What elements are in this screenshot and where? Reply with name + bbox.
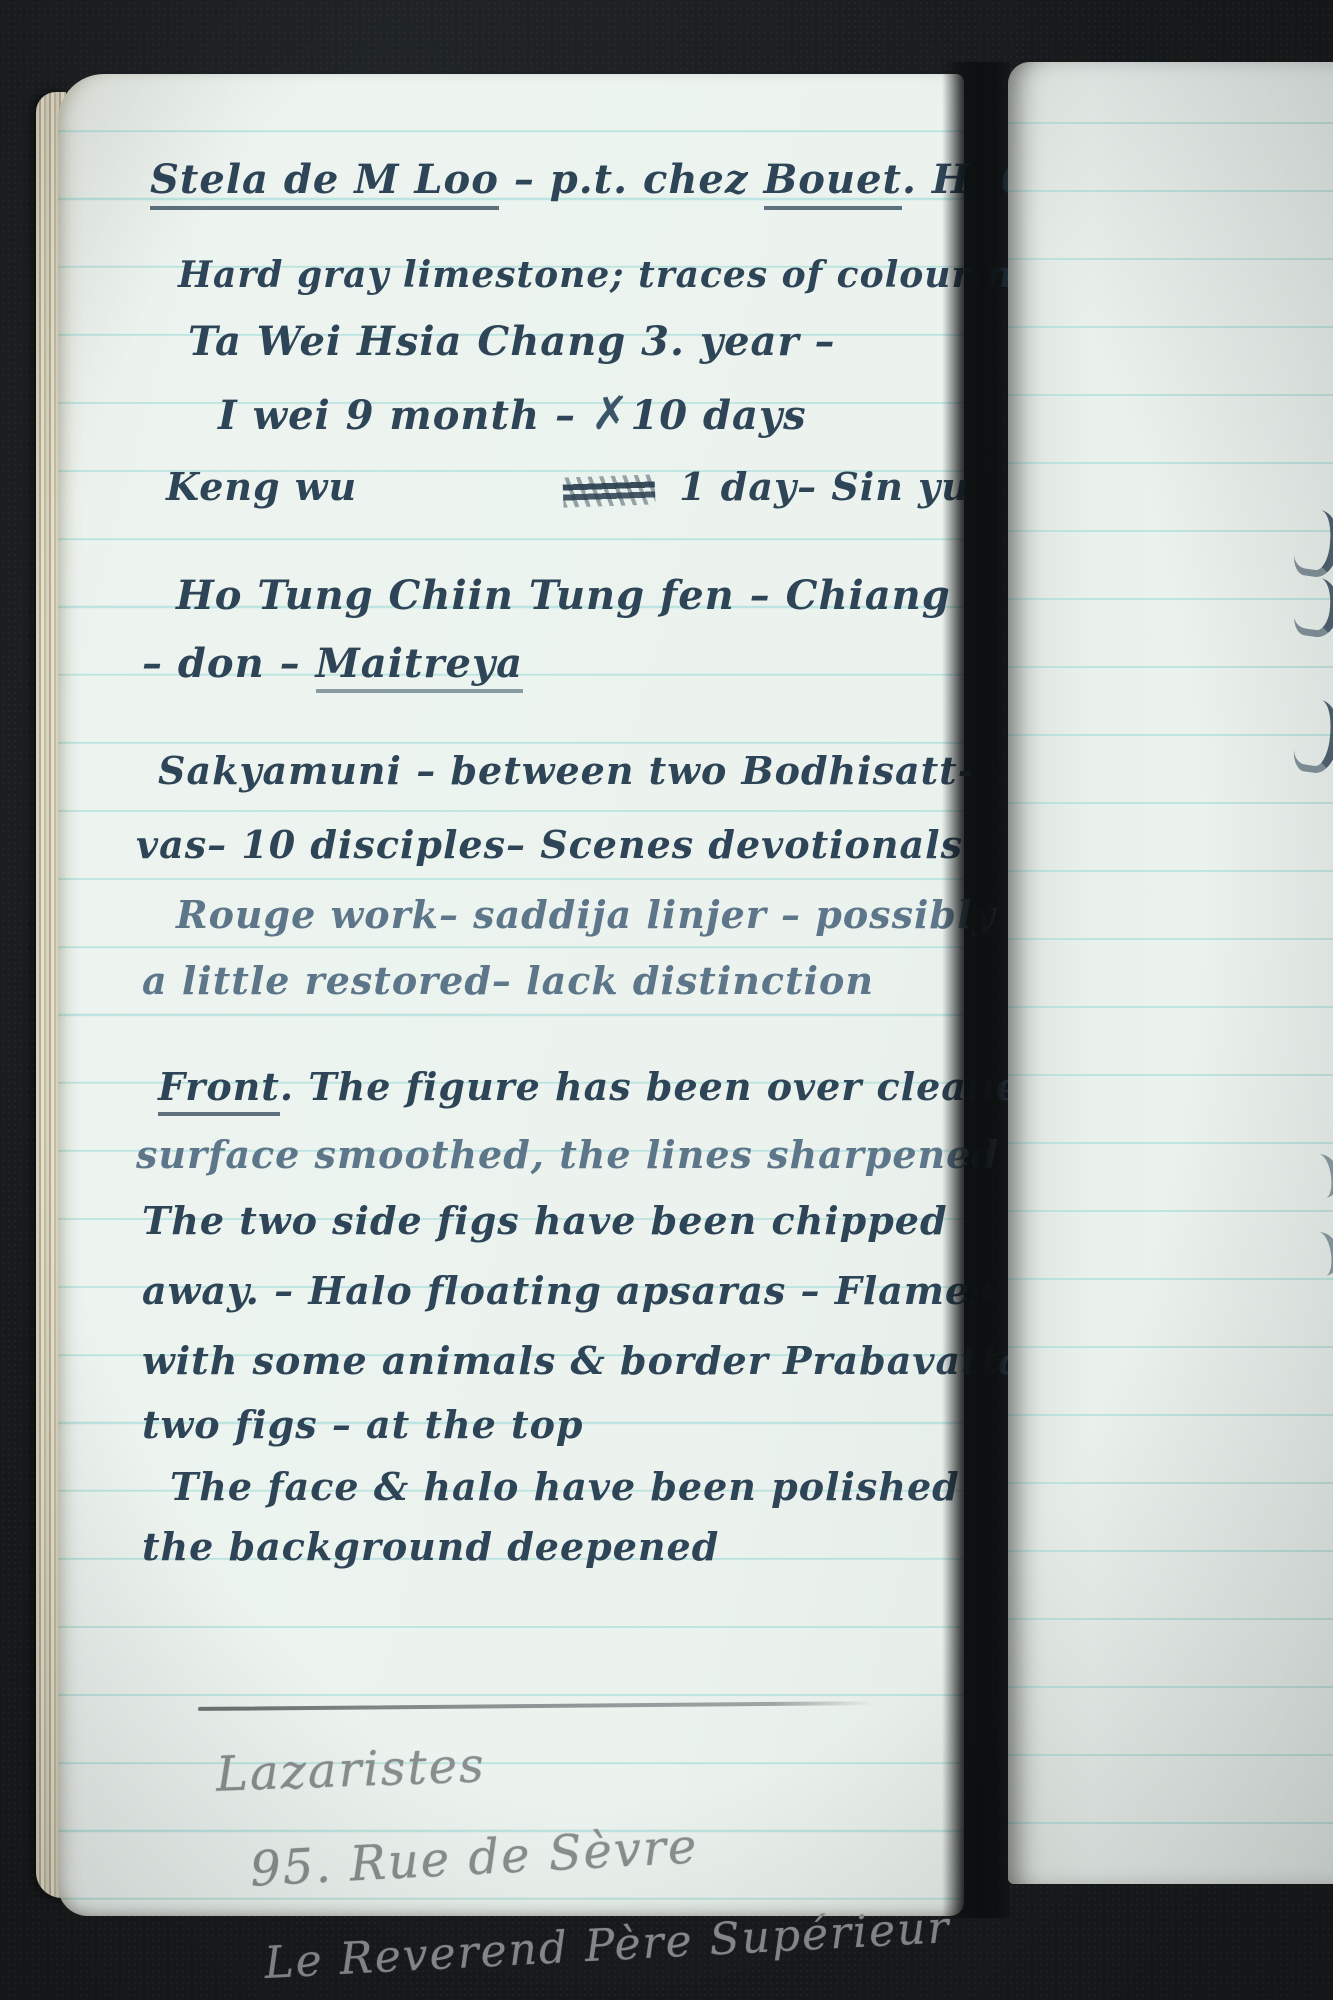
partial-ink-stroke bbox=[1303, 1230, 1333, 1277]
facing-page-sliver bbox=[1008, 62, 1333, 1884]
front-rest: . The figure has been over cleaned bbox=[280, 1064, 1048, 1109]
page-gutter-shadow bbox=[942, 62, 1010, 1918]
ink-line-away-halo: away. – Halo floating apsaras – Flames bbox=[142, 1268, 993, 1313]
i-wei-text: I wei 9 month – bbox=[218, 392, 591, 439]
ink-line-ho-tung: Ho Tung Chiin Tung fen – Chiang bbox=[176, 572, 951, 619]
title-mid: – p.t. chez bbox=[499, 156, 764, 203]
partial-ink-stroke bbox=[1303, 1152, 1333, 1199]
ten-days-text: 10 days bbox=[630, 392, 806, 439]
partial-ink-stroke bbox=[1292, 507, 1333, 579]
ink-line-side-figs: The two side figs have been chipped bbox=[142, 1198, 948, 1243]
ink-line-restored: a little restored– lack distinction bbox=[142, 958, 874, 1003]
pencil-line-reverend-pere: Le Reverend Père Supérieur bbox=[263, 1902, 952, 1989]
ink-line-face-halo: The face & halo have been polished bbox=[170, 1464, 960, 1509]
keng-wu-text: Keng wu bbox=[166, 464, 357, 509]
scribbled-out-word bbox=[563, 474, 656, 507]
ink-line-sakyamuni: Sakyamuni – between two Bodhisatt- bbox=[158, 748, 975, 793]
ink-line-i-wei: I wei 9 month – ✗10 days bbox=[218, 386, 807, 440]
title-stela-underlined: Stela de M Loo bbox=[150, 156, 499, 210]
ink-blot-mark: ✗ bbox=[591, 386, 631, 440]
one-day-sin-yu-text: 1 day– Sin yu bbox=[679, 464, 970, 509]
maitreya-underlined: Maitreya bbox=[316, 640, 524, 693]
don-text: – don – bbox=[142, 640, 316, 687]
ink-line-two-figs-top: two figs – at the top bbox=[142, 1402, 584, 1447]
ink-line-disciples: vas– 10 disciples– Scenes devotionals bbox=[136, 822, 963, 867]
partial-ink-stroke bbox=[1292, 575, 1333, 639]
ink-line-front: Front. The figure has been over cleaned bbox=[158, 1064, 1048, 1109]
title-line: Stela de M Loo – p.t. chez Bouet. H. 6f. bbox=[150, 156, 1061, 203]
ink-line-keng-wu: Keng wu1 day– Sin yu bbox=[166, 464, 970, 509]
ink-line-don-maitreya: – don – Maitreya bbox=[142, 640, 523, 687]
notebook-left-page: Stela de M Loo – p.t. chez Bouet. H. 6f.… bbox=[58, 74, 964, 1916]
notebook-photo: Stela de M Loo – p.t. chez Bouet. H. 6f.… bbox=[0, 0, 1333, 2000]
partial-ink-stroke bbox=[1291, 697, 1333, 775]
pencil-divider-line bbox=[198, 1701, 874, 1711]
ink-line-rouge-work: Rouge work– saddija linjer – possibly bbox=[176, 892, 996, 937]
ink-line-hard-gray: Hard gray limestone; traces of colouring… bbox=[178, 254, 1072, 296]
ink-line-background-deepened: the background deepened bbox=[142, 1524, 719, 1569]
ink-line-ta-wei: Ta Wei Hsia Chang 3. year – bbox=[188, 318, 835, 365]
front-underlined: Front bbox=[158, 1064, 280, 1116]
pencil-line-lazaristes: Lazaristes bbox=[215, 1737, 486, 1802]
pencil-line-rue-de-sevre: 95. Rue de Sèvre bbox=[249, 1818, 700, 1897]
title-bouet-underlined: Bouet bbox=[764, 156, 903, 210]
ink-line-surface: surface smoothed, the lines sharpened bbox=[136, 1132, 999, 1177]
